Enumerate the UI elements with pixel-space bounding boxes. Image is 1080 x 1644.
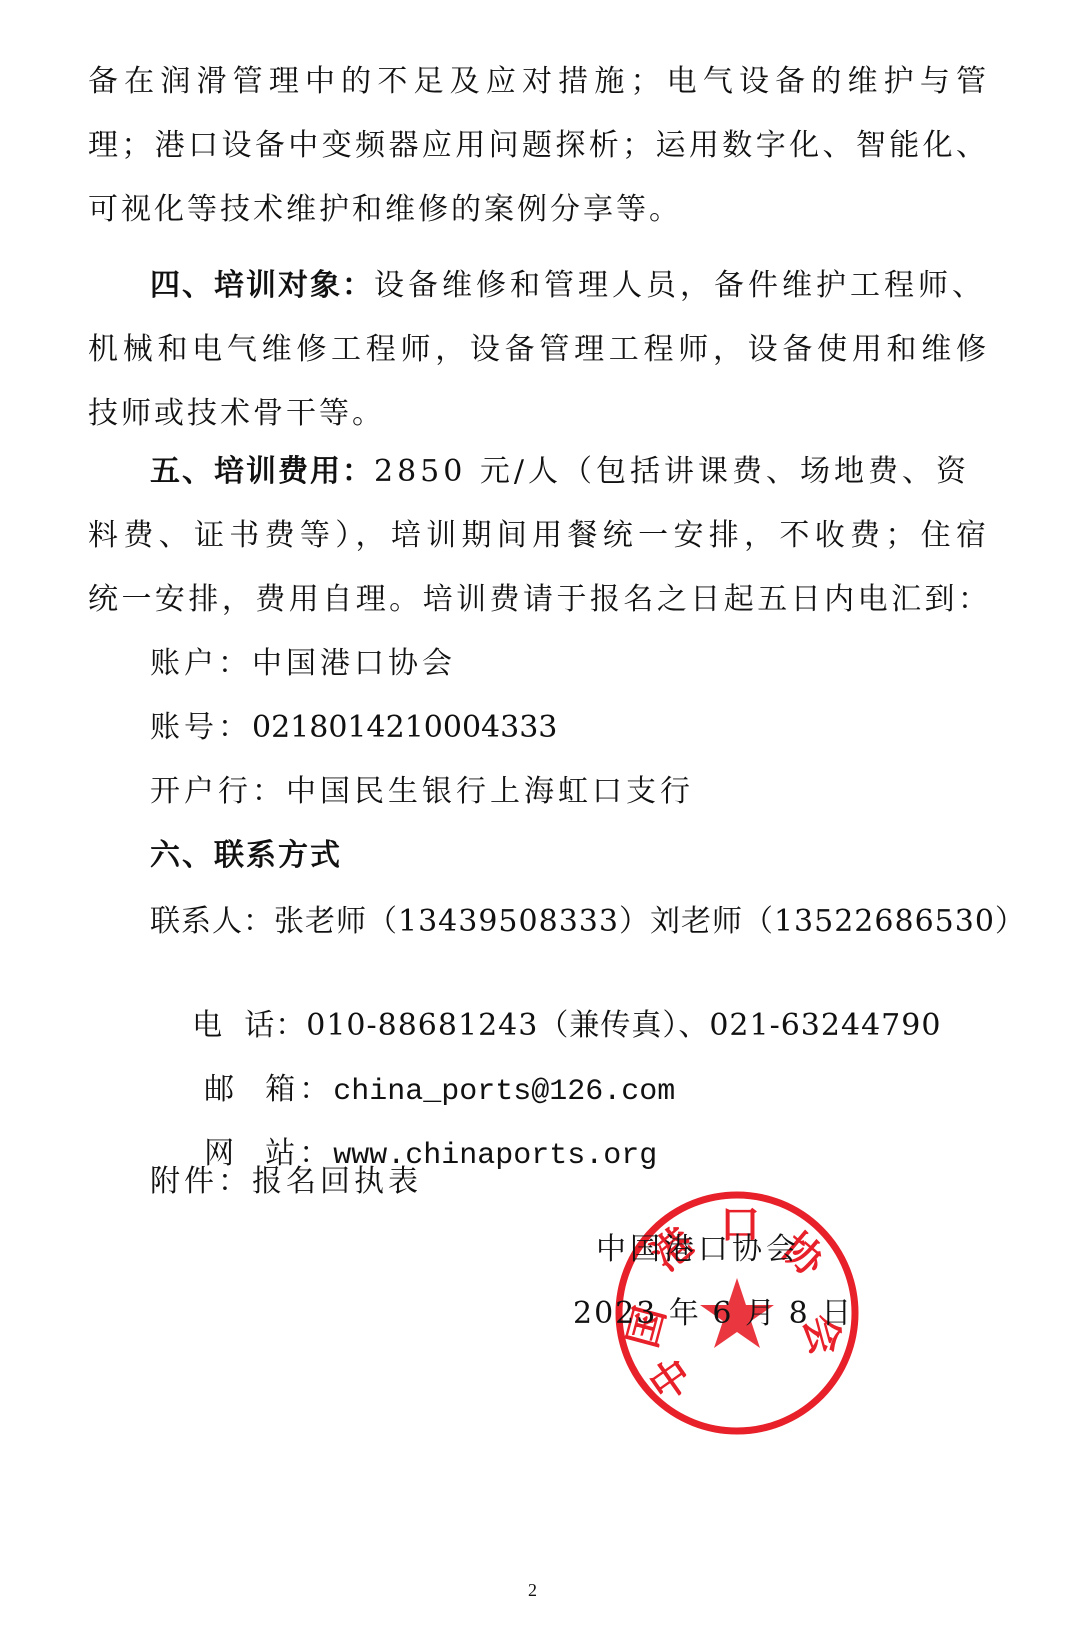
bank-row: 开户行：中国民生银行上海虹口支行 bbox=[150, 772, 694, 812]
account-name-value: 中国港口协会 bbox=[252, 646, 456, 681]
contacts-value: 张老师（13439508333）刘老师（13522686530） bbox=[274, 904, 1026, 939]
paragraph-line: 技师或技术骨干等。 bbox=[88, 394, 385, 434]
account-number-value: 0218014210004333 bbox=[252, 710, 557, 745]
account-number-label: 账号： bbox=[150, 710, 252, 745]
signature-date: 2023 年 6 月 8 日 bbox=[573, 1294, 853, 1334]
svg-text:中: 中 bbox=[641, 1351, 700, 1412]
paragraph-line: 可视化等技术维护和维修的案例分享等。 bbox=[88, 190, 682, 230]
bank-label: 开户行： bbox=[150, 774, 286, 809]
section5-text: 2850 元/人（包括讲课费、场地费、资 bbox=[374, 454, 970, 489]
contacts-label: 联系人： bbox=[150, 904, 274, 939]
section6-heading: 六、联系方式 bbox=[150, 836, 342, 876]
section4-line: 四、培训对象：设备维修和管理人员，备件维护工程师、 bbox=[150, 266, 986, 306]
paragraph-line: 理；港口设备中变频器应用问题探析；运用数字化、智能化、 bbox=[88, 126, 988, 166]
paragraph-line: 备在润滑管理中的不足及应对措施；电气设备的维护与管 bbox=[88, 62, 988, 102]
account-name-label: 账户： bbox=[150, 646, 252, 681]
contacts-row: 联系人：张老师（13439508333）刘老师（13522686530） bbox=[150, 902, 1026, 942]
account-number-row: 账号：0218014210004333 bbox=[150, 708, 557, 748]
account-name-row: 账户：中国港口协会 bbox=[150, 644, 456, 684]
section5-heading: 五、培训费用： bbox=[150, 454, 374, 489]
paragraph-line: 料费、证书费等），培训期间用餐统一安排，不收费；住宿 bbox=[88, 516, 988, 556]
paragraph-line: 统一安排，费用自理。培训费请于报名之日起五日内电汇到： bbox=[88, 580, 988, 620]
section5-line: 五、培训费用：2850 元/人（包括讲课费、场地费、资 bbox=[150, 452, 970, 492]
section4-text: 设备维修和管理人员，备件维护工程师、 bbox=[374, 268, 986, 303]
paragraph-line: 机械和电气维修工程师，设备管理工程师，设备使用和维修 bbox=[88, 330, 988, 370]
attachment-note: 附件：报名回执表 bbox=[150, 1162, 422, 1202]
section4-heading: 四、培训对象： bbox=[150, 268, 374, 303]
signature-org: 中国港口协会 bbox=[596, 1230, 800, 1270]
bank-value: 中国民生银行上海虹口支行 bbox=[286, 774, 694, 809]
page-number: 2 bbox=[528, 1580, 537, 1601]
